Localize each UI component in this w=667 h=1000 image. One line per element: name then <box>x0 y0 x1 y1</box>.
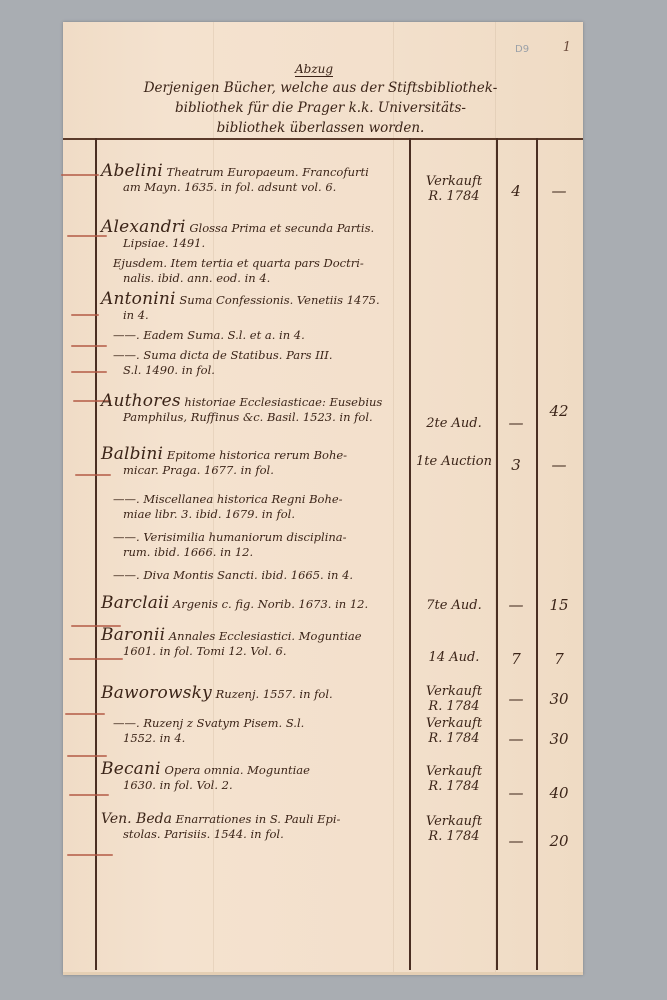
col-a-cell: — <box>497 730 535 748</box>
col-a-cell: 3 <box>497 456 535 474</box>
col-b-cell: 30 <box>536 690 582 708</box>
folio-number: 1 <box>563 40 571 55</box>
margin-rule <box>95 138 97 970</box>
entry-antonini-3: ——. Suma dicta de Statibus. Pars III. S.… <box>101 348 411 378</box>
col-b-cell: — <box>536 456 582 474</box>
entry-baworowsky-2: ——. Ruzenj z Svatym Pisem. S.l. 1552. in… <box>101 716 411 746</box>
red-margin-mark <box>69 794 109 796</box>
entry-beda: Ven. Beda Enarrationes in S. Pauli Epi- … <box>101 812 411 842</box>
col-a-cell: — <box>497 832 535 850</box>
source-cell: VerkauftR. 1784 <box>411 764 497 794</box>
page-title: Derjenigen Bücher, welche aus der Stifts… <box>83 78 558 138</box>
col-b-cell: 30 <box>536 730 582 748</box>
entry-balbini: Balbini Epitome historica rerum Bohe- mi… <box>101 447 411 478</box>
red-margin-mark <box>71 345 107 347</box>
entry-ejusdem: Ejusdem. Item tertia et quarta pars Doct… <box>101 256 411 286</box>
col-a-cell: 7 <box>497 650 535 668</box>
entry-baronii: Baronii Annales Ecclesiastici. Moguntiae… <box>101 628 411 659</box>
col-b-cell: 42 <box>536 402 582 420</box>
entry-alexandri: Alexandri Glossa Prima et secunda Partis… <box>101 220 411 251</box>
title-line: Derjenigen Bücher, welche aus der Stifts… <box>83 78 558 98</box>
red-margin-mark <box>61 174 99 176</box>
col-a-cell: — <box>497 690 535 708</box>
entry-becani: Becani Opera omnia. Moguntiae 1630. in f… <box>101 762 411 793</box>
title-line: bibliothek überlassen worden. <box>83 118 558 138</box>
col-a-cell: — <box>497 414 535 432</box>
title-line: bibliothek für die Prager k.k. Universit… <box>83 98 558 118</box>
entry-authores: Authores historiae Ecclesiasticae: Euseb… <box>101 394 411 425</box>
red-margin-mark <box>71 314 99 316</box>
col-b-cell: — <box>536 182 582 200</box>
col-a-cell: 4 <box>497 182 535 200</box>
source-cell: VerkauftR. 1784 <box>411 174 497 204</box>
manuscript-page: D9 1 Abzug Derjenigen Bücher, welche aus… <box>63 22 583 975</box>
col-a-cell: — <box>497 596 535 614</box>
source-cell: 7te Aud. <box>411 598 497 613</box>
entry-antonini: Antonini Suma Confessionis. Venetiis 147… <box>101 292 411 323</box>
red-margin-mark <box>67 755 107 757</box>
red-margin-mark <box>65 713 105 715</box>
col-b-cell: 40 <box>536 784 582 802</box>
entry-barclaii: Barclaii Argenis c. fig. Norib. 1673. in… <box>101 596 411 612</box>
source-cell: 2te Aud. <box>411 416 497 431</box>
entry-balbini-2: ——. Miscellanea historica Regni Bohe- mi… <box>101 492 411 522</box>
header-rule <box>63 138 583 140</box>
source-cell: VerkauftR. 1784 <box>411 814 497 844</box>
source-cell: 1te Auction <box>411 454 497 469</box>
archive-mark: D9 <box>515 44 529 55</box>
entry-balbini-3: ——. Verisimilia humaniorum disciplina- r… <box>101 530 411 560</box>
col-b-cell: 7 <box>536 650 582 668</box>
source-cell: 14 Aud. <box>411 650 497 665</box>
col-b-cell: 15 <box>536 596 582 614</box>
heading-word: Abzug <box>295 62 333 77</box>
source-cell: VerkauftR. 1784 <box>411 684 497 714</box>
source-cell: VerkauftR. 1784 <box>411 716 497 746</box>
entry-antonini-2: ——. Eadem Suma. S.l. et a. in 4. <box>101 328 411 343</box>
entry-balbini-4: ——. Diva Montis Sancti. ibid. 1665. in 4… <box>101 568 411 583</box>
red-margin-mark <box>67 854 113 856</box>
entry-abelini: Abelini Theatrum Europaeum. Francofurti … <box>101 164 411 195</box>
col-a-cell: — <box>497 784 535 802</box>
entry-baworowsky: Baworowsky Ruzenj. 1557. in fol. <box>101 686 411 702</box>
col-b-cell: 20 <box>536 832 582 850</box>
